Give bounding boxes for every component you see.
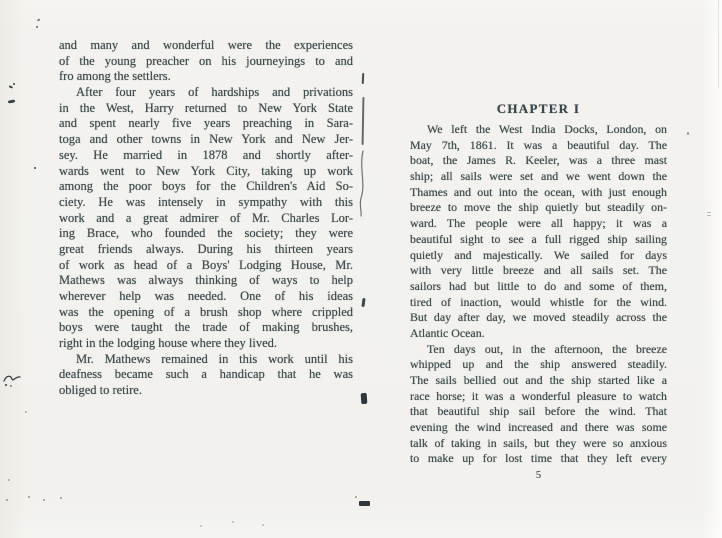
text-line: quietly and majestically. We sailed for …	[410, 248, 667, 264]
text-line: great friends always. During his thirtee…	[59, 242, 353, 258]
scan-mark	[37, 18, 40, 21]
text-line: deafness became such a handicap that he …	[59, 367, 353, 383]
text-line: whipped up and the ship answered steadil…	[410, 357, 667, 373]
text-line: ciety. He was intensely in sympathy with…	[59, 195, 353, 211]
text-line: tired of inaction, would whistle for the…	[410, 295, 667, 311]
text-line: Ten days out, in the afternoon, the bree…	[410, 342, 667, 358]
scan-gutter-mark	[361, 393, 368, 404]
scan-mark	[36, 26, 38, 28]
text-line: ship; all sails were set and we went dow…	[410, 169, 667, 185]
scan-squiggle-mark	[3, 370, 23, 388]
text-line: and many and wonderful were the experien…	[59, 38, 353, 54]
text-line: After four years of hardships and privat…	[59, 85, 353, 101]
scan-speck	[28, 496, 30, 498]
right-page-text: We left the West India Docks, London, on…	[410, 122, 667, 467]
scan-mark	[34, 167, 36, 169]
text-line: of the young preacher on his journeyings…	[59, 54, 353, 70]
text-line: Mathews was always thinking of ways to h…	[59, 273, 353, 289]
text-line: fro among the settlers.	[59, 69, 353, 85]
scan-gutter-mark	[359, 501, 370, 506]
scan-speck	[6, 499, 8, 501]
text-line: ward. The people were all happy; it was …	[410, 216, 667, 232]
scan-speck	[43, 499, 45, 501]
text-line: breeze to move the ship quietly but stea…	[410, 200, 667, 216]
scan-mark	[8, 99, 15, 103]
text-line: race horse; it was a wonderful pleasure …	[410, 389, 667, 405]
scan-gutter-mark	[362, 97, 365, 145]
scan-mark	[355, 496, 357, 498]
text-line: among the poor boys for the Children's A…	[59, 179, 353, 195]
text-line: sailors had but little to do and some of…	[410, 279, 667, 295]
text-line: obliged to retire.	[59, 383, 353, 399]
text-line: with very little breeze and all sails se…	[410, 263, 667, 279]
text-line: right in the lodging house where they li…	[59, 336, 353, 352]
text-line: and spent nearly five years preaching in…	[59, 116, 353, 132]
text-line: talk of taking in sails, but they were s…	[410, 436, 667, 452]
chapter-heading: CHAPTER I	[410, 101, 667, 117]
scan-speck	[8, 479, 10, 481]
scan-gutter-line	[357, 150, 369, 218]
text-line: in the West, Harry returned to New York …	[59, 101, 353, 117]
page-number: 5	[410, 470, 667, 481]
text-line: But day after day, we moved steadily acr…	[410, 310, 667, 326]
scan-speck	[200, 525, 202, 527]
text-line: Thames and out into the ocean, with just…	[410, 185, 667, 201]
scan-mark	[707, 215, 711, 216]
text-line: to make up for lost time that they left …	[410, 451, 667, 467]
left-page-text: and many and wonderful were the experien…	[59, 38, 353, 399]
scan-speck	[232, 521, 234, 523]
scan-speck	[262, 524, 264, 526]
scan-speck	[60, 497, 62, 499]
text-line: work and a great admirer of Mr. Charles …	[59, 211, 353, 227]
text-line: We left the West India Docks, London, on	[410, 122, 667, 138]
text-line: evening the wind increased and there was…	[410, 420, 667, 436]
scan-gutter-mark	[362, 73, 365, 84]
scan-mark	[707, 212, 711, 213]
text-line: was the opening of a brush shop where cr…	[59, 305, 353, 321]
text-line: that beautiful ship sail before the wind…	[410, 404, 667, 420]
text-line: Mr. Mathews remained in this work until …	[59, 352, 353, 368]
text-line: toga and other towns in New York and New…	[59, 132, 353, 148]
scan-mark	[9, 85, 13, 88]
scan-mark	[687, 132, 689, 135]
book-spread: and many and wonderful were the experien…	[0, 0, 722, 538]
text-line: ing Brace, who founded the society; they…	[59, 226, 353, 242]
scan-edge-line	[718, 0, 719, 88]
text-line: wards went to New York City, taking up w…	[59, 164, 353, 180]
scan-mark	[13, 83, 15, 85]
scan-speck	[25, 411, 27, 413]
scan-gutter-mark	[361, 298, 365, 307]
text-line: wherever help was needed. One of his ide…	[59, 289, 353, 305]
text-line: of work as head of a Boys' Lodging House…	[59, 258, 353, 274]
text-line: boys were taught the trade of making bru…	[59, 320, 353, 336]
text-line: sey. He married in 1878 and shortly afte…	[59, 148, 353, 164]
text-line: May 7th, 1861. It was a beautiful day. T…	[410, 138, 667, 154]
text-line: boat, the James R. Keeler, was a three m…	[410, 153, 667, 169]
text-line: The sails bellied out and the ship start…	[410, 373, 667, 389]
text-line: beautiful sight to see a full rigged shi…	[410, 232, 667, 248]
text-line: Atlantic Ocean.	[410, 326, 667, 342]
